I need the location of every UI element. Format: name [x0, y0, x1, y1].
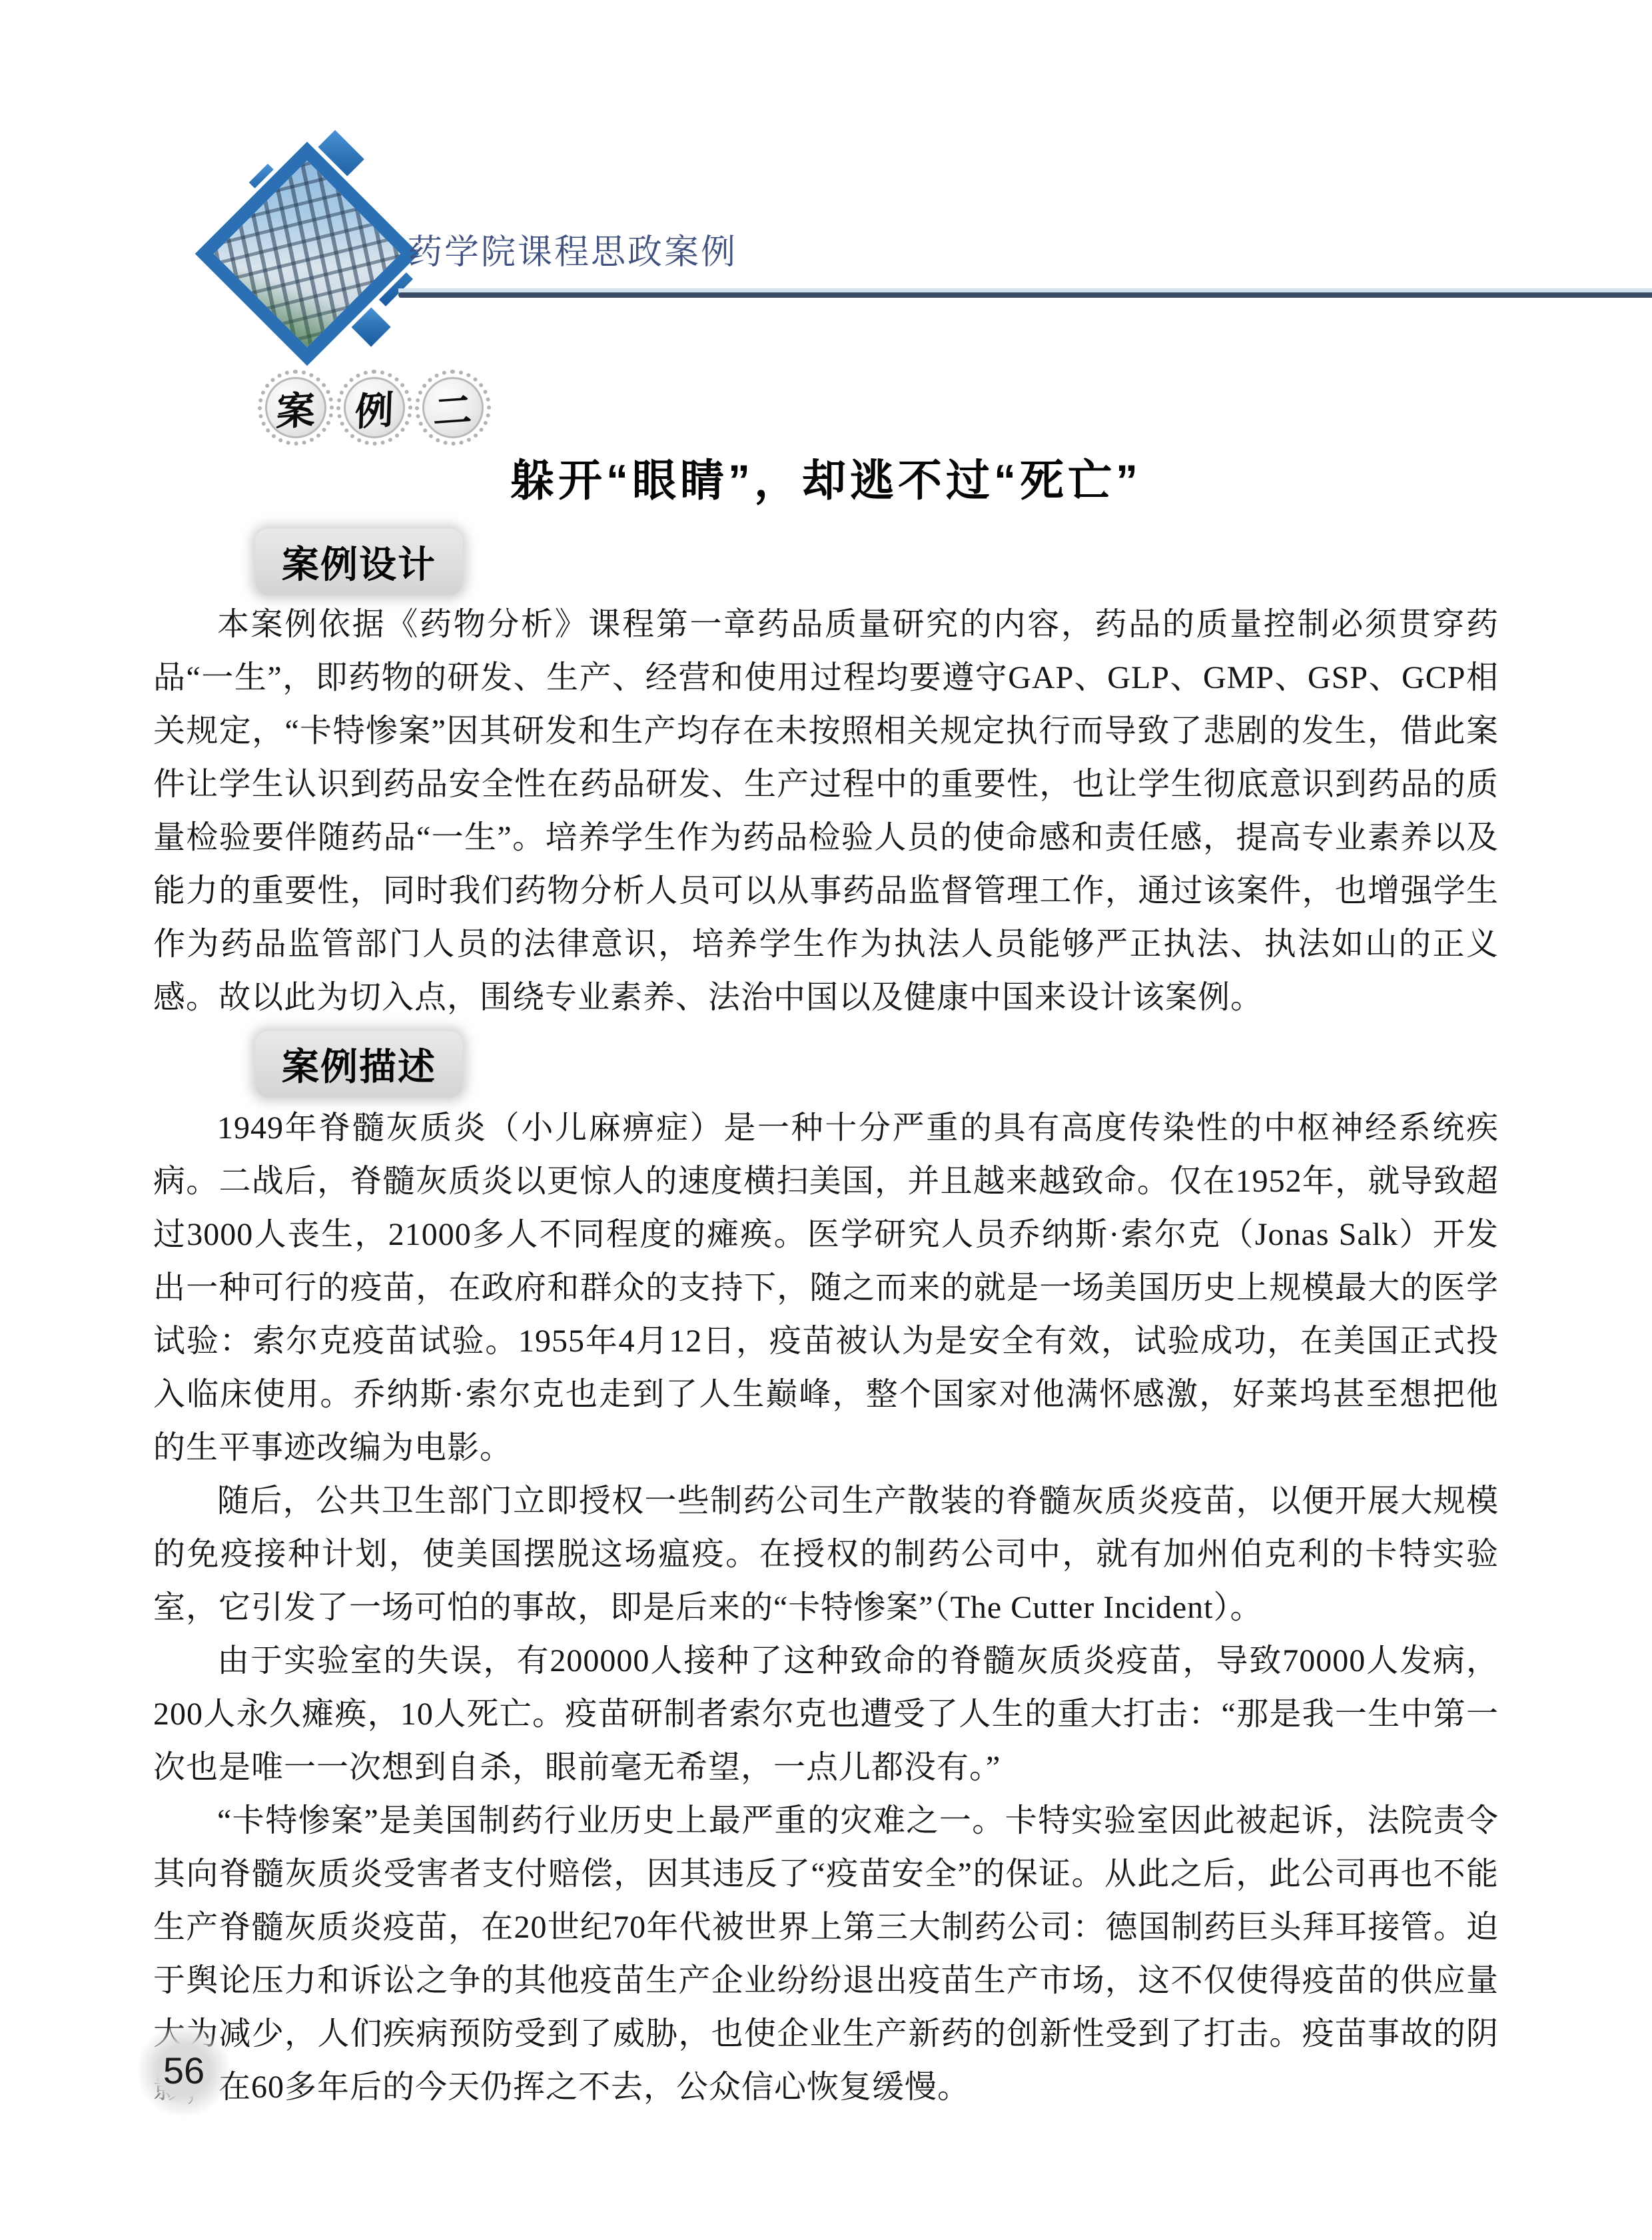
paragraph: 本案例依据《药物分析》课程第一章药品质量研究的内容，药品的质量控制必须贯穿药品“…: [153, 598, 1499, 1024]
case-title: 躲开“眼睛”，却逃不过“死亡”: [0, 445, 1652, 508]
badge-char: 例: [354, 378, 394, 437]
case-description-body: 1949年脊髓灰质炎（小儿麻痹症）是一种十分严重的具有高度传染性的中枢神经系统疾…: [153, 1102, 1499, 2114]
header-rule-line: [398, 292, 1652, 298]
paragraph: “卡特惨案”是美国制药行业历史上最严重的灾难之一。卡特实验室因此被起诉，法院责令…: [153, 1794, 1499, 2114]
paragraph: 随后，公共卫生部门立即授权一些制药公司生产散装的脊髓灰质炎疫苗，以便开展大规模的…: [153, 1475, 1499, 1635]
case-number-badge: 案 例 二: [265, 377, 484, 438]
section-label-text: 案例描述: [282, 1046, 436, 1088]
case-design-body: 本案例依据《药物分析》课程第一章药品质量研究的内容，药品的质量控制必须贯穿药品“…: [153, 598, 1499, 1024]
gear-icon: 二: [422, 377, 484, 438]
section-label-case-design: 案例设计: [255, 529, 463, 595]
gear-icon: 案: [265, 377, 326, 438]
section-label-case-description: 案例描述: [255, 1031, 463, 1098]
document-page: 药学院课程思政案例 案 例 二 躲开“眼睛”，却逃不过“死亡” 案例设计 本案例…: [0, 0, 1652, 2240]
page-number: 56: [137, 2024, 230, 2117]
badge-char: 二: [432, 378, 473, 437]
badge-char: 案: [275, 378, 316, 437]
header-title: 药学院课程思政案例: [408, 224, 737, 274]
paragraph: 1949年脊髓灰质炎（小儿麻痹症）是一种十分严重的具有高度传染性的中枢神经系统疾…: [153, 1102, 1499, 1475]
header-rule: [398, 288, 1652, 298]
gear-icon: 例: [344, 377, 405, 438]
section-label-text: 案例设计: [282, 544, 436, 585]
paragraph: 由于实验室的失误，有200000人接种了这种致命的脊髓灰质炎疫苗，导致70000…: [153, 1635, 1499, 1794]
